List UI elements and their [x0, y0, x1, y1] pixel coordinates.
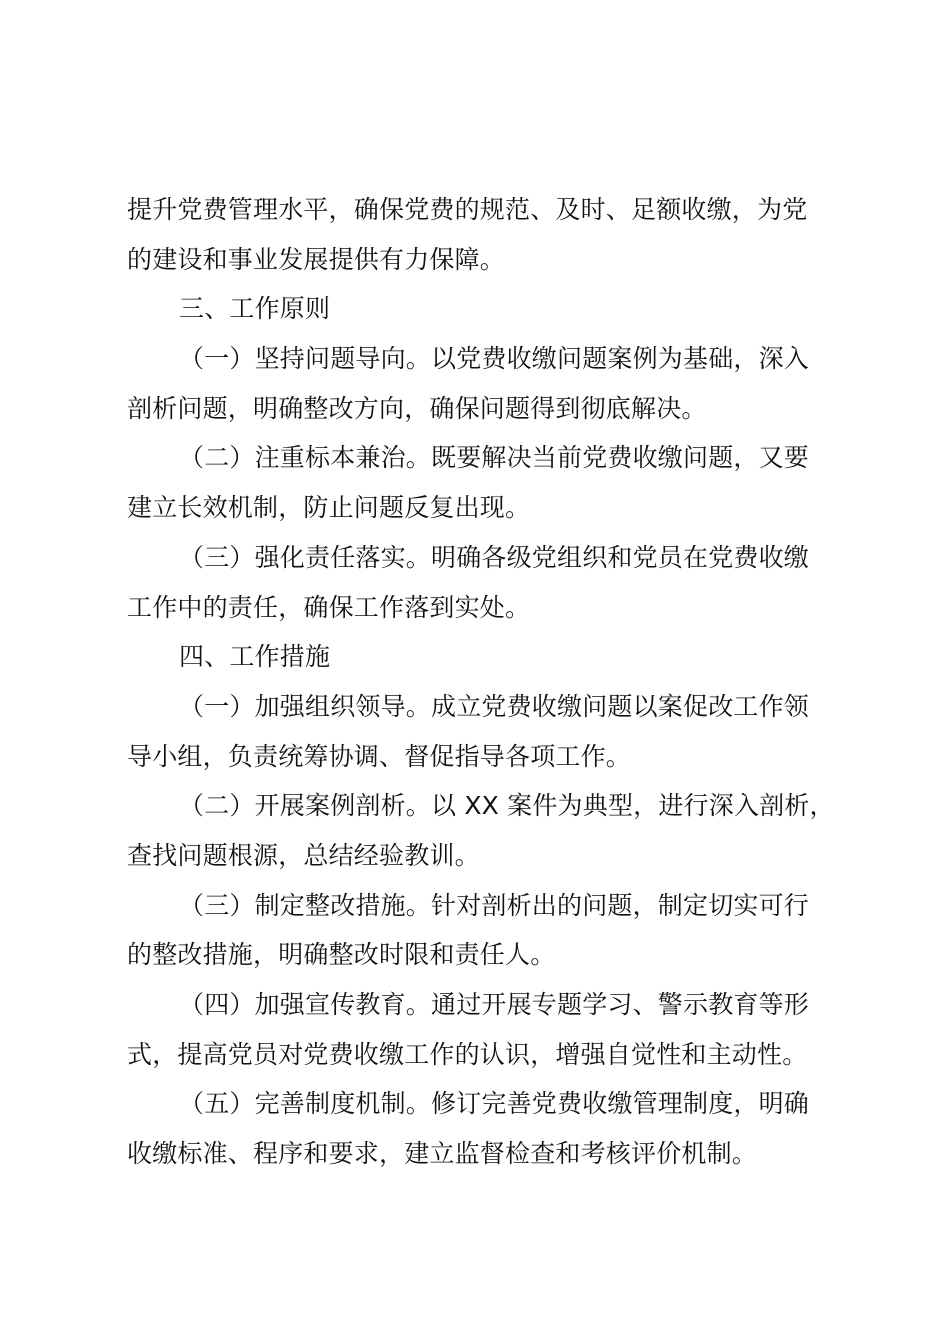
- principle-3-line: 工作中的责任，确保工作落到实处。: [127, 583, 857, 633]
- measure-5-line: 收缴标准、程序和要求，建立监督检查和考核评价机制。: [127, 1129, 857, 1179]
- principle-2-line: （二）注重标本兼治。既要解决当前党费收缴问题，又要: [127, 433, 857, 483]
- measure-2-line: （二）开展案例剖析。以 XX 案件为典型，进行深入剖析，: [127, 781, 857, 831]
- body-text-line: 的建设和事业发展提供有力保障。: [127, 235, 857, 285]
- measure-4-line: 式，提高党员对党费收缴工作的认识，增强自觉性和主动性。: [127, 1030, 857, 1080]
- document-page: 提升党费管理水平，确保党费的规范、及时、足额收缴，为党 的建设和事业发展提供有力…: [127, 185, 857, 1179]
- measure-2-line: 查找问题根源，总结经验教训。: [127, 831, 857, 881]
- measure-5-line: （五）完善制度机制。修订完善党费收缴管理制度，明确: [127, 1079, 857, 1129]
- body-text-line: 提升党费管理水平，确保党费的规范、及时、足额收缴，为党: [127, 185, 857, 235]
- section-heading-measures: 四、工作措施: [127, 632, 857, 682]
- principle-1-line: （一）坚持问题导向。以党费收缴问题案例为基础，深入: [127, 334, 857, 384]
- principle-3-line: （三）强化责任落实。明确各级党组织和党员在党费收缴: [127, 533, 857, 583]
- measure-4-line: （四）加强宣传教育。通过开展专题学习、警示教育等形: [127, 980, 857, 1030]
- section-heading-principles: 三、工作原则: [127, 284, 857, 334]
- principle-1-line: 剖析问题，明确整改方向，确保问题得到彻底解决。: [127, 384, 857, 434]
- measure-1-line: （一）加强组织领导。成立党费收缴问题以案促改工作领: [127, 682, 857, 732]
- measure-3-line: 的整改措施，明确整改时限和责任人。: [127, 930, 857, 980]
- measure-1-line: 导小组，负责统筹协调、督促指导各项工作。: [127, 732, 857, 782]
- principle-2-line: 建立长效机制，防止问题反复出现。: [127, 483, 857, 533]
- measure-3-line: （三）制定整改措施。针对剖析出的问题，制定切实可行: [127, 881, 857, 931]
